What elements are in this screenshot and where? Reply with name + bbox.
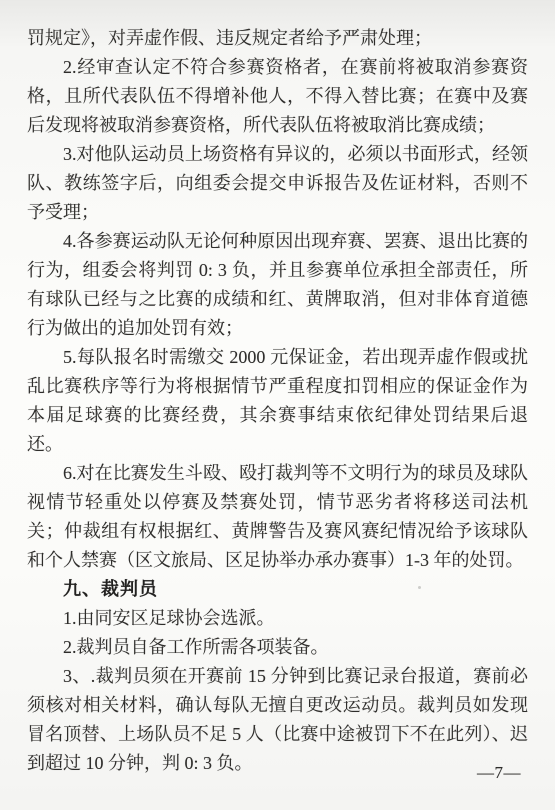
referee-item-2: 2.裁判员自备工作所需各项装备。 bbox=[27, 633, 528, 662]
page-number: —7— bbox=[477, 763, 521, 783]
rule-item-5: 5.每队报名时需缴交 2000 元保证金，若出现弄虚作假或扰乱比赛秩序等行为将根… bbox=[27, 343, 528, 459]
rule-item-3: 3.对他队运动员上场资格有异议的，必须以书面形式，经领队、教练签字后，向组委会提… bbox=[27, 140, 528, 227]
rule-item-2: 2.经审查认定不符合参赛资格者，在赛前将被取消参赛资格，且所代表队伍不得增补他人… bbox=[27, 53, 528, 140]
referee-item-3: 3、.裁判员须在开赛前 15 分钟到比赛记录台报道，赛前必须核对相关材料，确认每… bbox=[27, 662, 528, 778]
scan-speck bbox=[418, 586, 421, 589]
paragraph-continuation: 罚规定》，对弄虚作假、违反规定者给予严肃处理； bbox=[27, 24, 528, 53]
referee-item-1: 1.由同安区足球协会选派。 bbox=[27, 604, 528, 633]
scan-speck bbox=[207, 758, 210, 760]
scanned-document-page: { "document": { "blocks": [ { "role": "c… bbox=[0, 0, 555, 810]
document-body: 罚规定》，对弄虚作假、违反规定者给予严肃处理； 2.经审查认定不符合参赛资格者，… bbox=[27, 24, 528, 778]
rule-item-6: 6.对在比赛发生斗殴、殴打裁判等不文明行为的球员及球队视情节轻重处以停赛及禁赛处… bbox=[27, 459, 528, 575]
rule-item-4: 4.各参赛运动队无论何种原因出现弃赛、罢赛、退出比赛的行为，组委会将判罚 0: … bbox=[27, 227, 528, 343]
section-heading-referees: 九、裁判员 bbox=[27, 575, 528, 604]
